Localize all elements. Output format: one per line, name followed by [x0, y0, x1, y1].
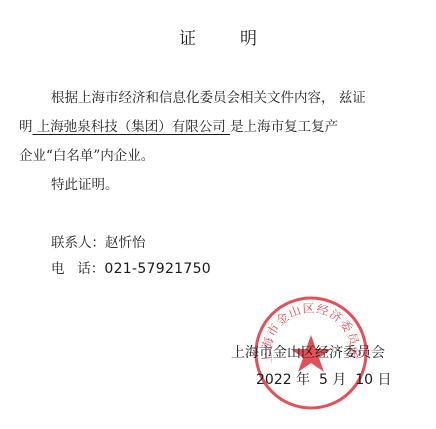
body-line-2-suffix: 是上海市复工复产: [230, 119, 338, 135]
contact-person-name: 赵忻怡: [105, 235, 146, 251]
contact-phone-label: 电 话：: [51, 261, 104, 277]
body-line-3: 企业“白名单”内企业。: [19, 147, 154, 165]
document-title: 证明: [0, 24, 436, 49]
body-line-2: 明 上海弛泉科技（集团）有限公司 是上海市复工复产: [19, 118, 338, 136]
title-char-1: 证: [179, 24, 196, 49]
company-name: 上海弛泉科技（集团）有限公司: [33, 119, 231, 135]
contact-phone: 电 话：021-57921750: [51, 257, 211, 277]
contact-phone-number: 021-57921750: [104, 261, 211, 277]
closing-statement: 特此证明。: [51, 176, 119, 194]
body-line-1: 根据上海市经济和信息化委员会相关文件内容， 兹证: [51, 89, 366, 107]
contact-person-label: 联系人：: [51, 235, 105, 251]
title-char-2: 明: [240, 24, 257, 49]
issuing-organization: 上海市金山区经济委员会: [231, 342, 385, 362]
issue-date: 2022 年 5 月 10 日: [256, 369, 392, 389]
contact-person: 联系人：赵忻怡: [51, 231, 146, 251]
body-line-2-prefix: 明: [19, 119, 33, 135]
